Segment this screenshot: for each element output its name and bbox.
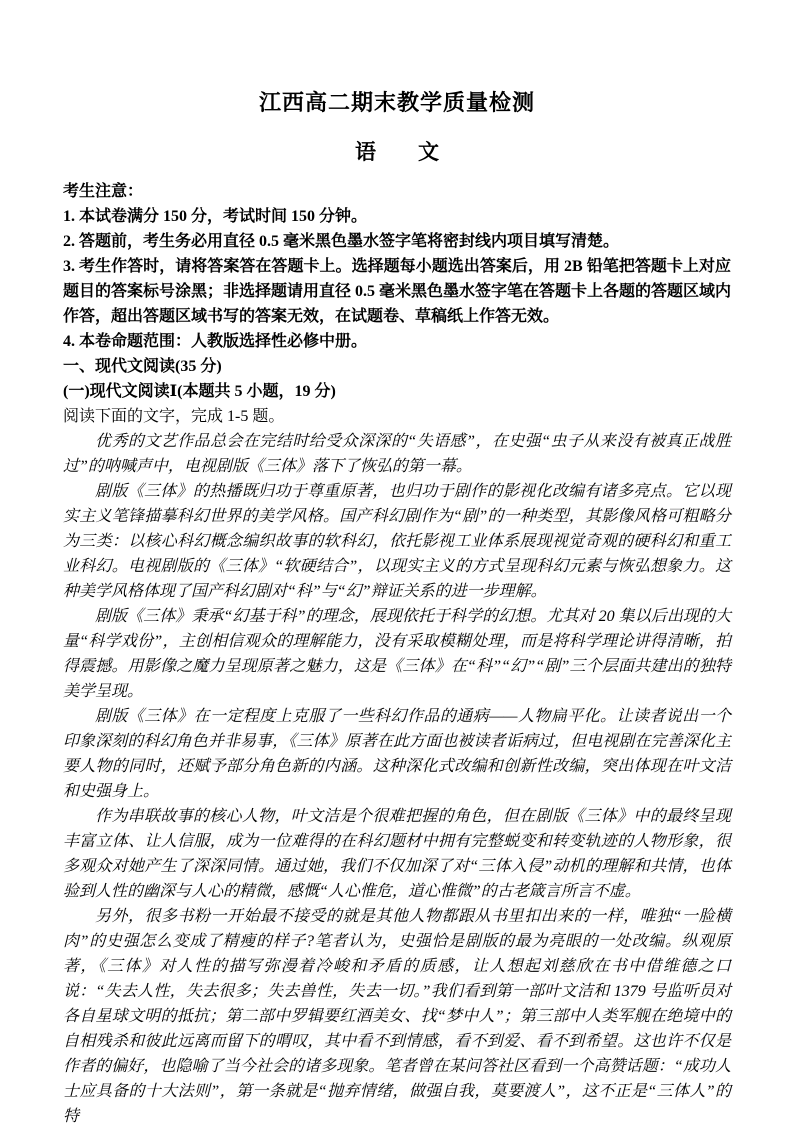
notice-item: 3. 考生作答时，请将答案答在答题卡上。选择题每小题选出答案后，用 2B 铅笔把… <box>63 254 731 329</box>
exam-title: 江西高二期末教学质量检测 <box>63 90 731 116</box>
notice-item: 4. 本卷命题范围：人教版选择性必修中册。 <box>63 329 731 354</box>
passage-paragraph: 作为串联故事的核心人物，叶文洁是个很难把握的角色，但在剧版《三体》中的最终呈现丰… <box>63 804 731 904</box>
section-heading-modern-reading: 一、现代文阅读(35 分) <box>63 354 731 379</box>
passage-paragraph: 另外，很多书粉一开始最不接受的就是其他人物都跟从书里扣出来的一样，唯独“一脸横肉… <box>63 904 731 1123</box>
passage-paragraph: 剧版《三体》的热播既归功于尊重原著，也归功于剧作的影视化改编有诸多亮点。它以现实… <box>63 479 731 604</box>
subsection-heading-reading-1: (一)现代文阅读Ⅰ(本题共 5 小题，19 分) <box>63 379 731 404</box>
notice-item: 2. 答题前，考生务必用直径 0.5 毫米黑色墨水签字笔将密封线内项目填写清楚。 <box>63 229 731 254</box>
reading-instruction: 阅读下面的文字，完成 1-5 题。 <box>63 404 731 429</box>
reading-passage: 优秀的文艺作品总会在完结时给受众深深的“失语感”，在史强“虫子从来没有被真正战胜… <box>63 429 731 1123</box>
notice-list: 1. 本试卷满分 150 分，考试时间 150 分钟。2. 答题前，考生务必用直… <box>63 204 731 354</box>
passage-paragraph: 剧版《三体》秉承“幻基于科”的理念，展现依托于科学的幻想。尤其对 20 集以后出… <box>63 604 731 704</box>
passage-paragraph: 优秀的文艺作品总会在完结时给受众深深的“失语感”，在史强“虫子从来没有被真正战胜… <box>63 429 731 479</box>
document-page: 江西高二期末教学质量检测 语 文 考生注意： 1. 本试卷满分 150 分，考试… <box>0 0 794 1123</box>
passage-paragraph: 剧版《三体》在一定程度上克服了一些科幻作品的通病——人物扁平化。让读者说出一个印… <box>63 704 731 804</box>
exam-subject: 语 文 <box>63 140 731 165</box>
notice-item: 1. 本试卷满分 150 分，考试时间 150 分钟。 <box>63 204 731 229</box>
notice-heading: 考生注意： <box>63 179 731 204</box>
